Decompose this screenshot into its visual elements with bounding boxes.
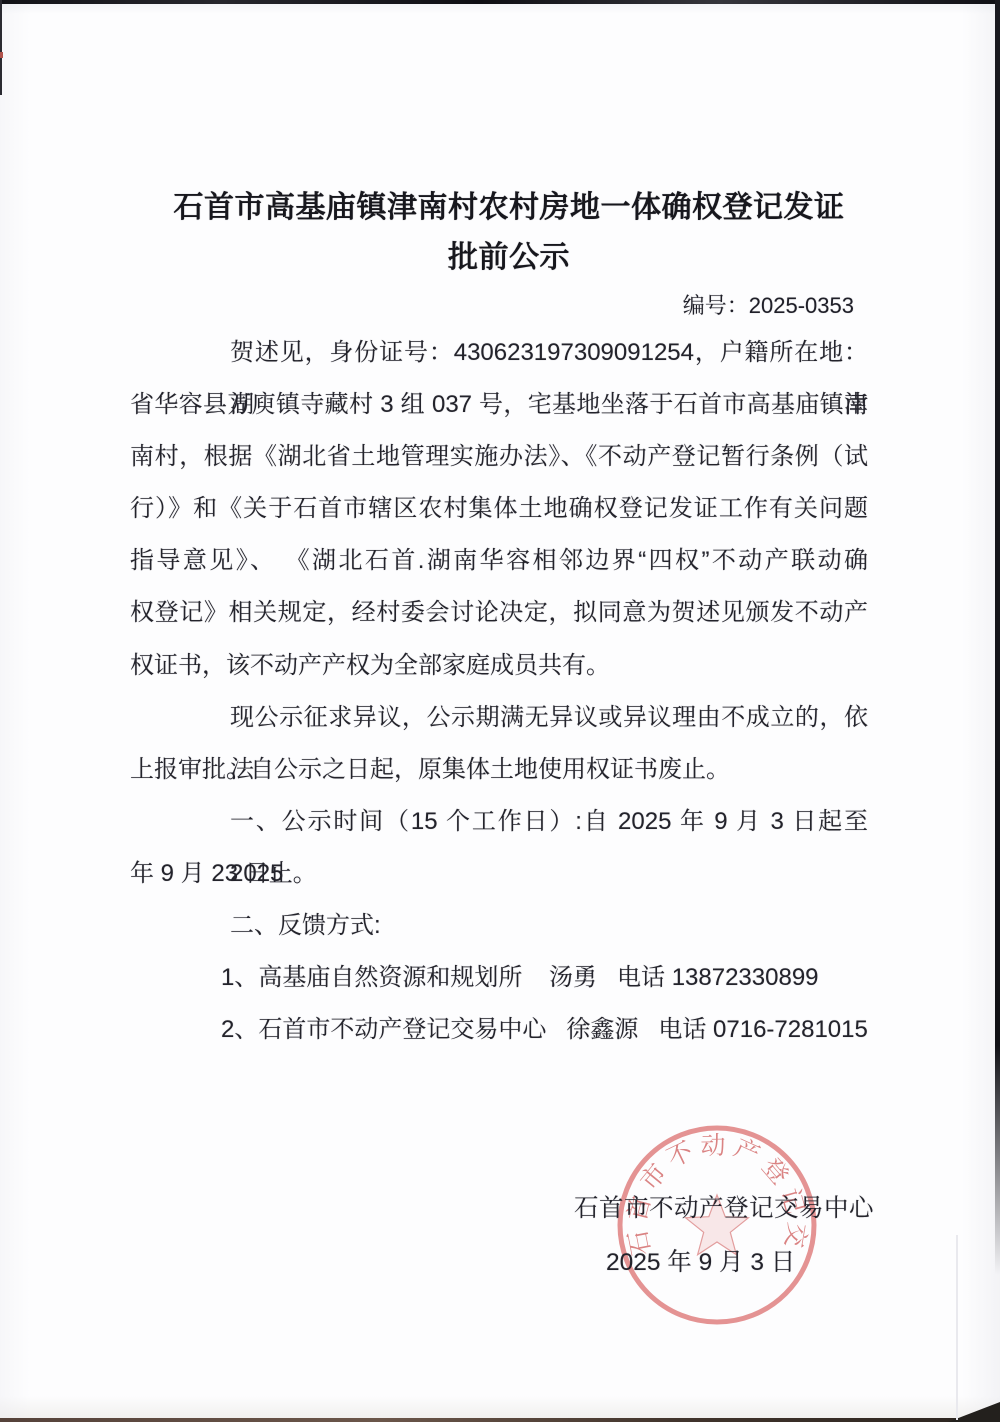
- scan-edge-left: [0, 0, 2, 95]
- scan-red-speck: [0, 52, 3, 58]
- body-line: 二、反馈方式:: [130, 900, 868, 952]
- body-line: 南村，根据《湖北省土地管理实施办法》、《不动产登记暂行条例（试: [130, 431, 868, 483]
- body-line: 省华容县万庾镇寺藏村 3 组 037 号，宅基地坐落于石首市高基庙镇津: [130, 379, 868, 431]
- body-line: 贺述见，身份证号：430623197309091254，户籍所在地：湖南: [130, 327, 868, 379]
- doc-title-line1: 石首市高基庙镇津南村农村房地一体确权登记发证: [0, 182, 1000, 226]
- body-line: 年 9 月 23 日止。: [130, 848, 868, 900]
- signature-date: 2025 年 9 月 3 日: [606, 1243, 795, 1278]
- scan-edge-bottom: [0, 1418, 1000, 1422]
- doc-body: 贺述见，身份证号：430623197309091254，户籍所在地：湖南 省华容…: [130, 327, 868, 1056]
- body-line: 现公示征求异议，公示期满无异议或异议理由不成立的，依法: [130, 692, 868, 744]
- body-line: 权证书，该不动产产权为全部家庭成员共有。: [130, 640, 868, 692]
- body-line: 一、公示时间（15 个工作日）:自 2025 年 9 月 3 日起至 2025: [130, 796, 868, 848]
- body-line: 上报审批。自公示之日起，原集体土地使用权证书废止。: [130, 744, 868, 796]
- body-line-contact-1: 1、高基庙自然资源和规划所 汤勇 电话 13872330899: [130, 952, 868, 1004]
- scan-edge-top: [0, 0, 1000, 4]
- doc-number: 编号：2025-0353: [683, 289, 854, 320]
- body-line: 权登记》相关规定，经村委会讨论决定，拟同意为贺述见颁发不动产: [130, 587, 868, 639]
- scan-fold-line: [956, 1235, 958, 1420]
- body-line: 指导意见》、 《湖北石首.湖南华容相邻边界“四权”不动产联动确: [130, 535, 868, 587]
- signature-org: 石首市不动产登记交易中心: [574, 1189, 874, 1224]
- official-seal: 石首市不动产登记交易中心: [607, 1115, 827, 1335]
- document-page: 石首市高基庙镇津南村农村房地一体确权登记发证 批前公示 编号：2025-0353…: [0, 0, 1000, 1422]
- doc-title-line2: 批前公示: [0, 232, 1000, 276]
- body-line: 行）》和《关于石首市辖区农村集体土地确权登记发证工作有关问题: [130, 483, 868, 535]
- body-line-contact-2: 2、石首市不动产登记交易中心 徐鑫源 电话 0716-7281015: [130, 1004, 868, 1056]
